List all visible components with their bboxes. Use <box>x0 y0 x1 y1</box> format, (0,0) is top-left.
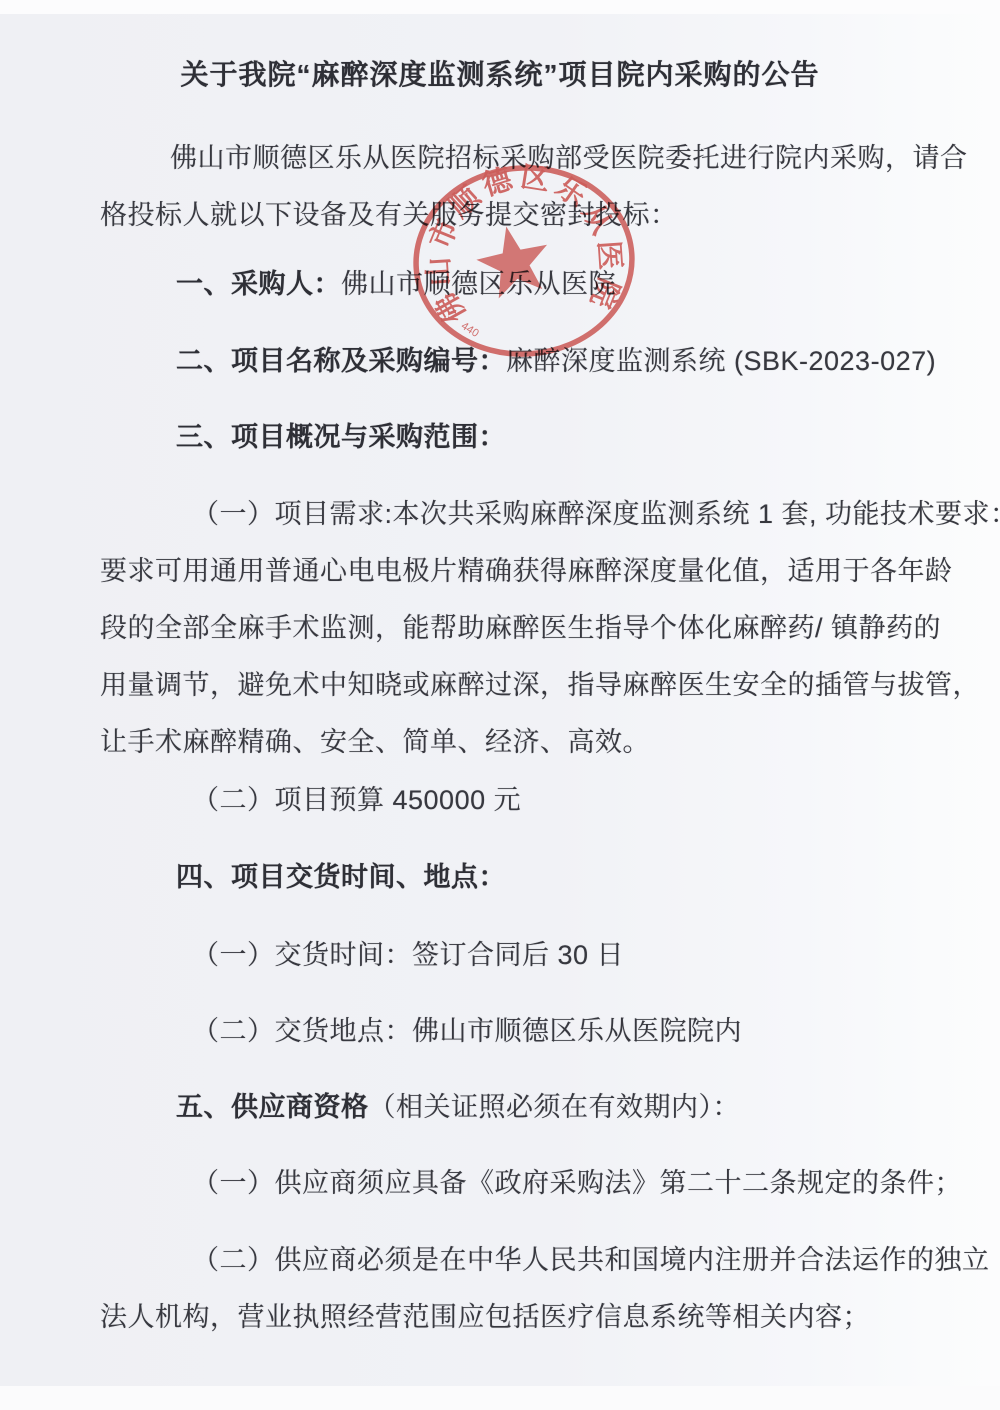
section-3-item-1-line-2: 要求可用通用普通心电电极片精确获得麻醉深度量化值，适用于各年龄 <box>100 554 886 588</box>
document-title: 关于我院“麻醉深度监测系统”项目院内采购的公告 <box>0 57 1000 93</box>
section-3-item-1-line-3: 段的全部全麻手术监测，能帮助麻醉医生指导个体化麻醉药/ 镇静药的 <box>100 611 886 645</box>
section-3-item-1-line-1: （一）项目需求:本次共采购麻醉深度监测系统 1 套, 功能技术要求： <box>192 497 886 531</box>
section-3-item-2-budget: （二）项目预算 450000 元 <box>192 783 521 817</box>
section-2-project-name: 二、项目名称及采购编号：麻醉深度监测系统 (SBK-2023-027) <box>176 344 936 378</box>
section-2-value: 麻醉深度监测系统 (SBK-2023-027) <box>506 346 936 376</box>
intro-line-2: 格投标人就以下设备及有关服务提交密封投标： <box>100 198 678 232</box>
section-3-item-1-line-4: 用量调节，避免术中知晓或麻醉过深，指导麻醉医生安全的插管与拔管， <box>100 668 886 702</box>
section-1-purchaser: 一、采购人：佛山市顺德区乐从医院 <box>176 267 616 301</box>
svg-text:佛山市顺德区乐从医院: 佛山市顺德区乐从医院 <box>416 153 630 330</box>
section-4-heading: 四、项目交货时间、地点： <box>176 860 506 894</box>
section-1-value: 佛山市顺德区乐从医院 <box>341 269 616 299</box>
section-5-item-2-line-1: （二）供应商必须是在中华人民共和国境内注册并合法运作的独立 <box>192 1243 886 1277</box>
section-5-heading: 五、供应商资格（相关证照必须在有效期内）： <box>176 1090 740 1124</box>
section-4-item-1-delivery-time: （一）交货时间：签订合同后 30 日 <box>192 938 624 972</box>
intro-line-1: 佛山市顺德区乐从医院招标采购部受医院委托进行院内采购，请合 <box>170 141 886 175</box>
scanned-page: 关于我院“麻醉深度监测系统”项目院内采购的公告 佛山市顺德区乐从医院招标采购部受… <box>0 0 1000 1410</box>
section-3-heading: 三、项目概况与采购范围： <box>176 420 506 454</box>
seal-ring <box>410 161 638 362</box>
hospital-seal: 佛山市顺德区乐从医院 440 <box>404 152 644 370</box>
seal-arc-text: 佛山市顺德区乐从医院 <box>416 153 630 330</box>
scan-edge-top <box>0 0 1000 14</box>
scan-edge-bottom <box>0 1386 1000 1410</box>
section-2-label: 二、项目名称及采购编号： <box>176 346 506 376</box>
section-5-item-2-line-2: 法人机构，营业执照经营范围应包括医疗信息系统等相关内容； <box>100 1300 870 1334</box>
section-5-heading-label: 五、供应商资格 <box>176 1092 369 1122</box>
section-4-item-2-delivery-place: （二）交货地点：佛山市顺德区乐从医院院内 <box>192 1014 742 1048</box>
section-5-heading-note: （相关证照必须在有效期内）： <box>369 1092 741 1122</box>
section-3-item-1-line-5: 让手术麻醉精确、安全、简单、经济、高效。 <box>100 725 650 759</box>
section-5-item-1: （一）供应商须应具备《政府采购法》第二十二条规定的条件； <box>192 1166 962 1200</box>
seal-code: 440 <box>459 320 481 340</box>
section-1-label: 一、采购人： <box>176 269 341 299</box>
